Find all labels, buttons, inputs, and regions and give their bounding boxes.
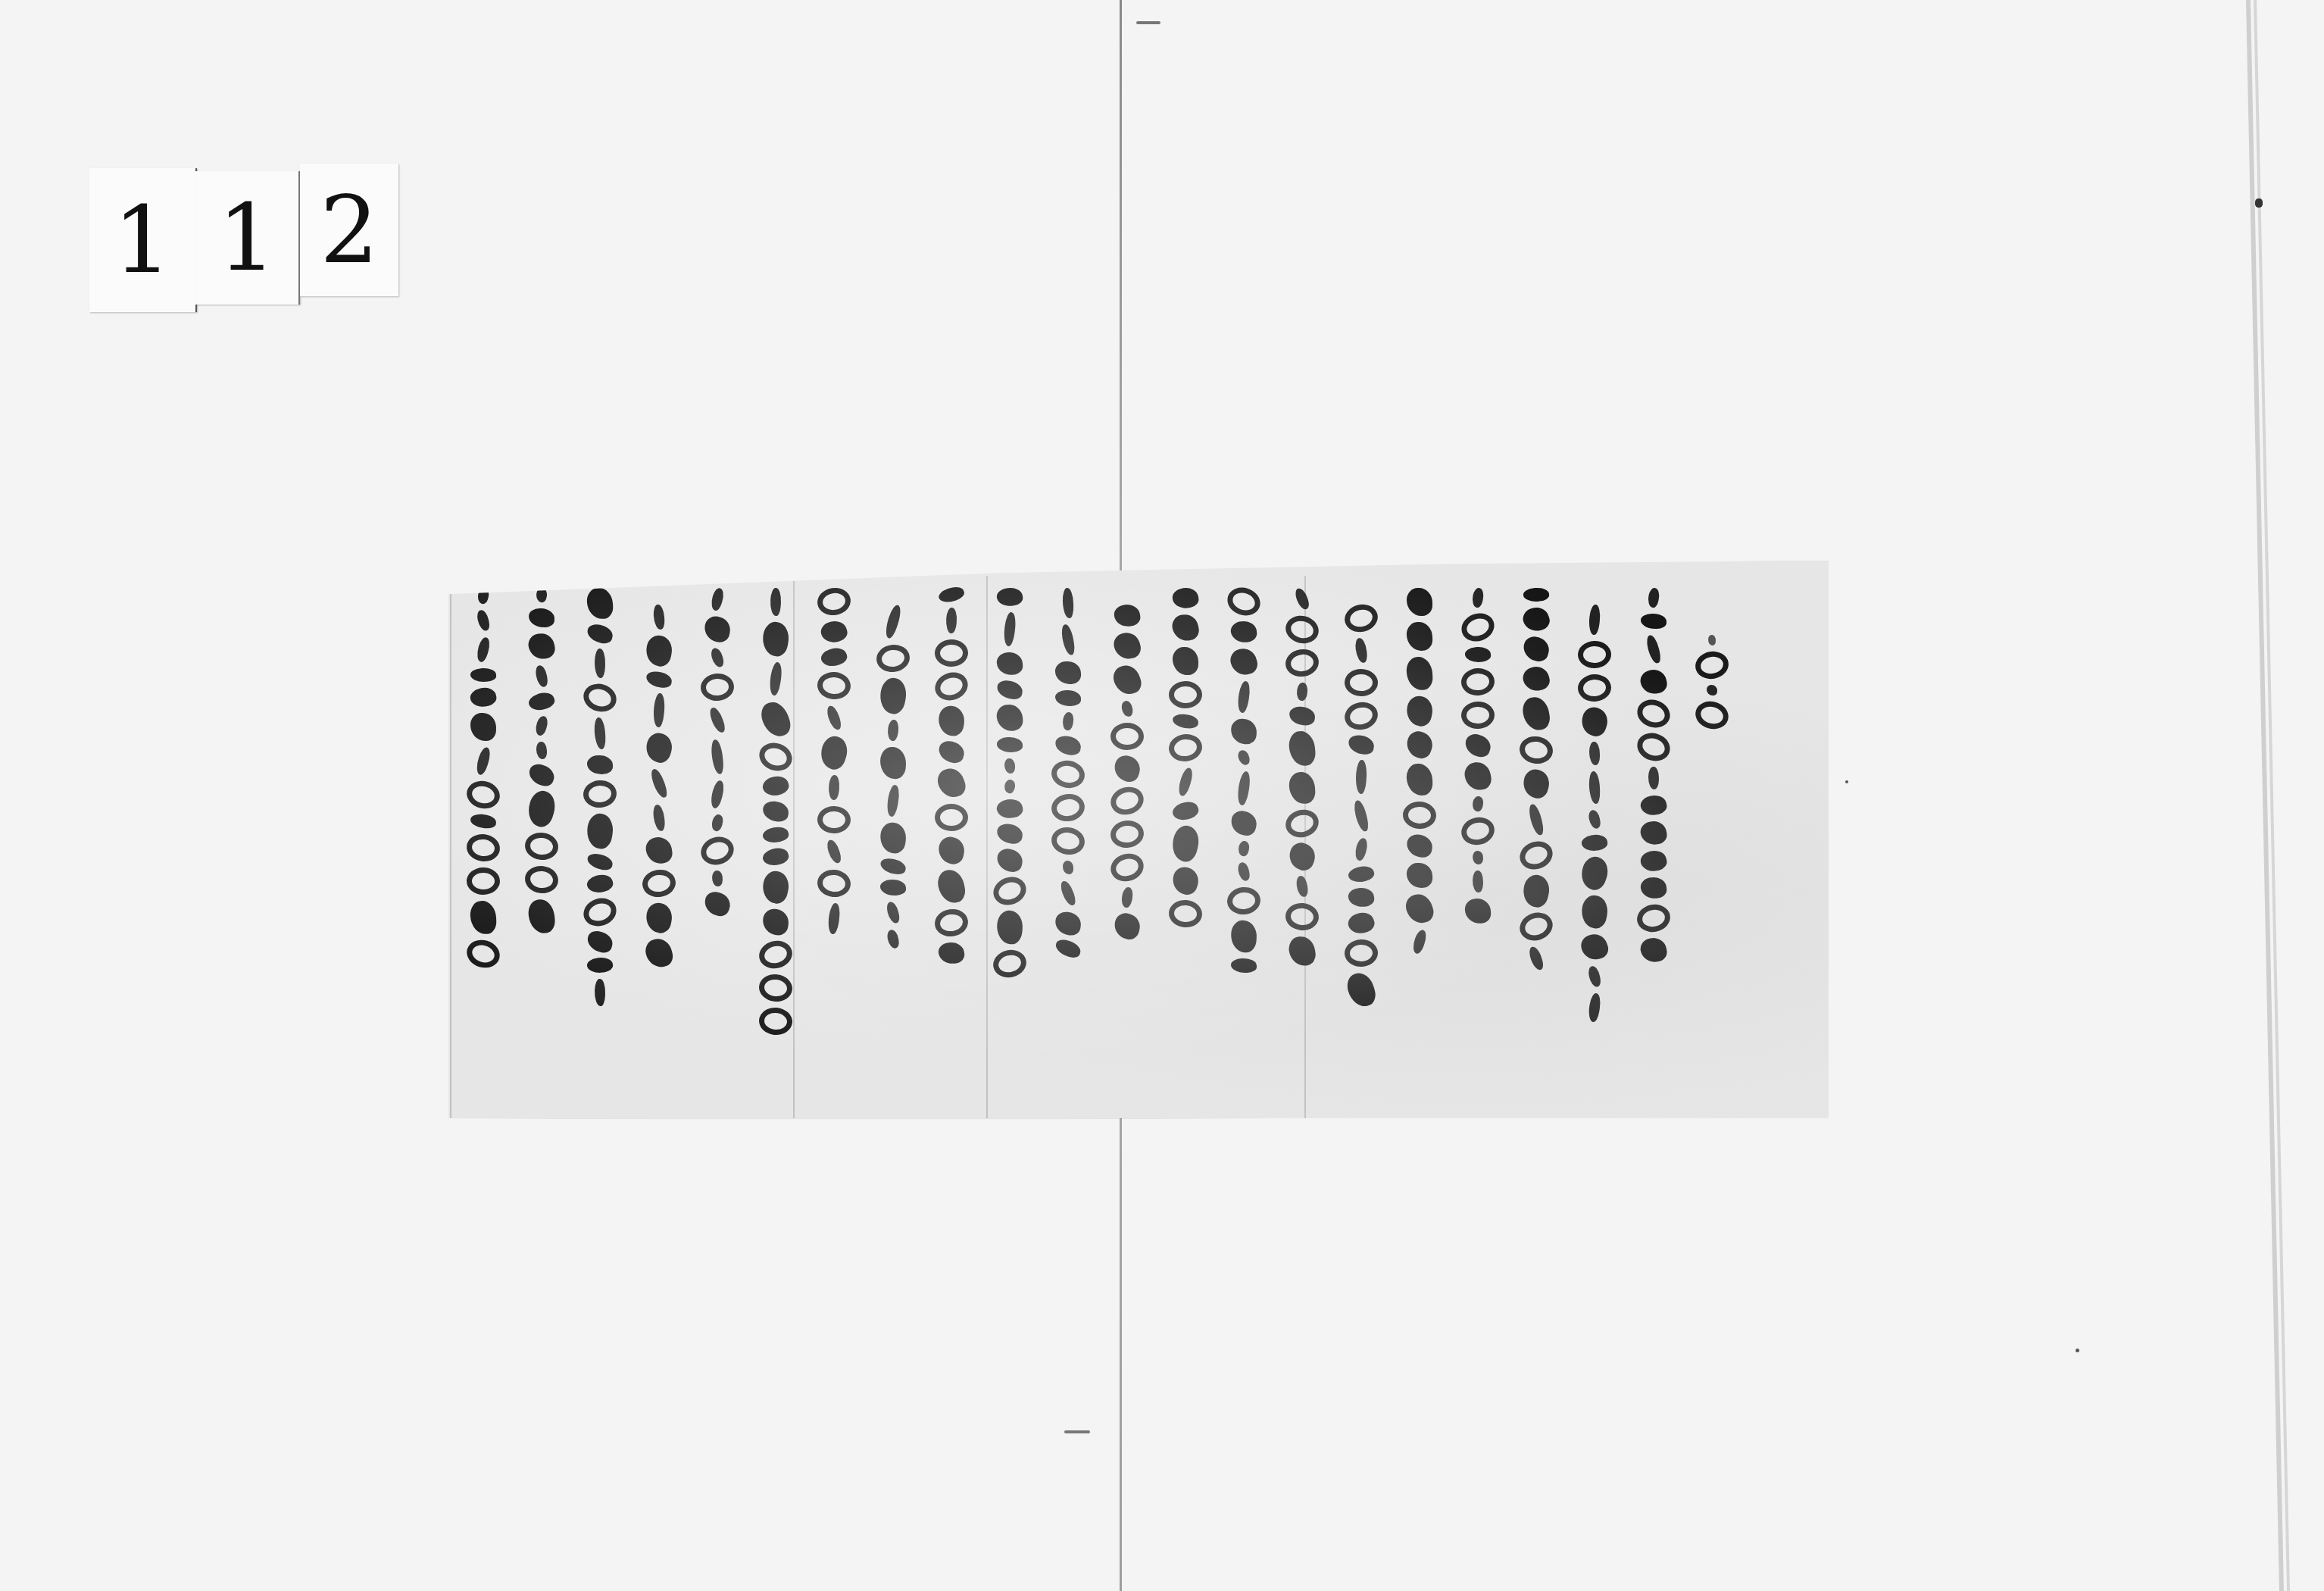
- ink-stroke: [996, 652, 1023, 677]
- ink-stroke: [1520, 767, 1552, 800]
- ink-stroke: [997, 736, 1023, 752]
- ink-stroke: [757, 699, 794, 741]
- ink-stroke: [1457, 609, 1498, 646]
- ink-stroke: [700, 672, 735, 702]
- ink-stroke: [1405, 656, 1433, 691]
- ink-stroke: [1528, 803, 1545, 836]
- ink-stroke: [1289, 771, 1317, 805]
- ink-stroke: [935, 639, 969, 667]
- ink-stroke: [1353, 837, 1370, 862]
- ink-stroke: [828, 774, 841, 800]
- ink-stroke: [826, 902, 842, 935]
- ink-stroke: [1344, 939, 1378, 967]
- ink-stroke: [1579, 893, 1610, 930]
- ink-stroke: [580, 894, 620, 930]
- ink-stroke: [476, 587, 491, 605]
- ink-stroke: [1638, 792, 1668, 817]
- edge-mark: [2255, 198, 2263, 208]
- ink-stroke: [595, 649, 606, 678]
- ink-stroke: [1230, 718, 1257, 745]
- ink-stroke: [762, 825, 790, 845]
- ink-stroke: [761, 908, 790, 936]
- ink-stroke: [996, 586, 1024, 608]
- ink-stroke: [583, 780, 617, 809]
- ink-stroke: [1588, 604, 1601, 635]
- ink-stroke: [936, 867, 967, 905]
- ink-stroke: [1283, 612, 1322, 647]
- ink-stroke: [652, 692, 666, 727]
- ink-stroke: [1641, 614, 1666, 629]
- ink-stroke: [1344, 970, 1378, 1010]
- ink-stroke: [1059, 880, 1077, 908]
- ink-stroke: [464, 936, 504, 971]
- ink-stroke: [536, 587, 548, 603]
- ink-stroke: [770, 588, 782, 617]
- ink-stroke: [1282, 806, 1322, 841]
- ink-stroke: [1286, 839, 1319, 873]
- ink-stroke: [642, 936, 675, 970]
- ink-stroke: [1404, 694, 1435, 728]
- ink-stroke: [1464, 646, 1491, 663]
- ink-stroke: [1402, 801, 1436, 830]
- ink-stroke: [470, 713, 496, 741]
- ink-stroke: [1354, 637, 1367, 664]
- ink-stroke: [760, 869, 792, 905]
- ink-stroke: [757, 937, 795, 971]
- ink-stroke: [1049, 758, 1087, 790]
- ink-stroke: [523, 830, 560, 861]
- ink-stroke: [817, 733, 852, 772]
- ink-stroke: [465, 832, 501, 864]
- ink-stroke: [1113, 603, 1142, 628]
- ink-stroke: [882, 604, 903, 639]
- ink-stroke: [468, 685, 498, 710]
- ink-stroke: [701, 889, 732, 919]
- ink-stroke: [710, 813, 725, 832]
- text-column: [816, 588, 852, 934]
- ink-stroke: [817, 671, 851, 701]
- ink-stroke: [467, 867, 500, 895]
- stray-mark: [1064, 1430, 1090, 1433]
- ink-stroke: [819, 618, 849, 645]
- speck: [2076, 1349, 2079, 1352]
- ink-stroke: [1110, 661, 1144, 698]
- ink-stroke: [535, 664, 549, 688]
- ink-stroke: [995, 703, 1024, 732]
- ink-stroke: [580, 680, 620, 715]
- ink-stroke: [1167, 899, 1203, 928]
- text-column: [757, 588, 794, 1035]
- ink-stroke: [702, 614, 732, 644]
- ink-stroke: [711, 739, 725, 774]
- ink-stroke: [1061, 711, 1075, 731]
- text-column: [1460, 588, 1496, 924]
- ink-stroke: [1226, 886, 1262, 916]
- ink-stroke: [1403, 891, 1436, 927]
- ink-stroke: [587, 755, 614, 774]
- ink-stroke: [1579, 930, 1611, 963]
- ink-stroke: [708, 706, 726, 735]
- ink-stroke: [1471, 795, 1485, 813]
- ink-stroke: [1646, 587, 1660, 608]
- text-column: [582, 588, 618, 1006]
- ink-stroke: [1342, 601, 1380, 635]
- ink-stroke: [653, 605, 665, 630]
- ink-stroke: [464, 777, 502, 811]
- ink-stroke: [711, 871, 723, 887]
- ink-stroke: [1463, 732, 1494, 760]
- ink-stroke: [1473, 871, 1484, 892]
- ink-stroke: [755, 739, 795, 775]
- ink-stroke: [1460, 701, 1495, 729]
- ink-stroke: [1588, 965, 1602, 988]
- ink-stroke: [1055, 690, 1081, 706]
- ink-stroke: [1342, 699, 1380, 733]
- ink-stroke: [710, 647, 725, 669]
- ink-stroke: [886, 929, 900, 949]
- ink-stroke: [1521, 634, 1552, 664]
- ink-stroke: [995, 909, 1025, 945]
- ink-stroke: [640, 867, 677, 899]
- ink-stroke: [1235, 770, 1252, 806]
- ink-stroke: [936, 739, 967, 765]
- ink-stroke: [1110, 753, 1142, 785]
- ink-stroke: [1459, 814, 1498, 849]
- ink-stroke: [1289, 706, 1316, 727]
- ink-stroke: [1055, 661, 1082, 685]
- ink-stroke: [1648, 767, 1659, 789]
- text-column: [465, 588, 501, 967]
- ink-stroke: [526, 631, 557, 661]
- ink-stroke: [933, 907, 970, 939]
- right-edge-line-inner: [2254, 0, 2290, 1591]
- ink-stroke: [586, 852, 614, 871]
- ink-stroke: [995, 846, 1025, 874]
- ink-stroke: [1517, 908, 1557, 945]
- ink-stroke: [470, 900, 497, 935]
- text-column: [1576, 605, 1613, 1022]
- ink-stroke: [937, 584, 966, 605]
- ink-stroke: [1693, 649, 1731, 681]
- ink-stroke: [586, 622, 614, 645]
- ink-stroke: [1520, 873, 1553, 910]
- ink-stroke: [1635, 902, 1673, 934]
- ink-stroke: [1003, 778, 1017, 795]
- ink-stroke: [698, 833, 738, 868]
- ink-stroke: [989, 873, 1029, 910]
- text-column: [523, 588, 560, 933]
- scanned-page: 1 1 2: [0, 0, 2324, 1591]
- ink-stroke: [708, 780, 726, 809]
- ink-stroke: [595, 979, 606, 1006]
- paper-seam: [450, 576, 451, 1118]
- ink-stroke: [826, 705, 843, 732]
- ink-stroke: [1237, 839, 1251, 857]
- label-digit-2: 1: [195, 171, 300, 305]
- ink-stroke: [1107, 783, 1147, 818]
- ink-stroke: [1111, 911, 1143, 942]
- ink-stroke: [761, 846, 791, 868]
- ink-stroke: [1229, 920, 1257, 954]
- ink-stroke: [1521, 605, 1552, 634]
- ink-stroke: [527, 898, 557, 934]
- ink-stroke: [526, 761, 558, 789]
- ink-stroke: [1167, 732, 1204, 764]
- ink-stroke: [1237, 861, 1251, 882]
- ink-stroke: [1347, 733, 1376, 755]
- ink-stroke: [524, 788, 559, 830]
- ink-stroke: [1295, 682, 1309, 702]
- ink-stroke: [1296, 875, 1309, 898]
- ink-stroke: [586, 587, 614, 620]
- ink-stroke: [1054, 937, 1083, 960]
- ink-stroke: [934, 764, 968, 801]
- ink-stroke: [1521, 695, 1552, 733]
- ink-stroke: [1285, 902, 1320, 932]
- ink-stroke: [1528, 946, 1545, 972]
- ink-stroke: [817, 868, 853, 899]
- text-column: [1343, 605, 1379, 1007]
- ink-stroke: [1577, 674, 1612, 703]
- ink-stroke: [1229, 808, 1260, 838]
- ink-stroke: [1472, 851, 1483, 865]
- manuscript-paper: [448, 561, 1829, 1118]
- text-column: [1167, 588, 1204, 927]
- ink-stroke: [1708, 635, 1716, 645]
- ink-stroke: [816, 586, 853, 617]
- ink-stroke: [1638, 848, 1668, 874]
- ink-stroke: [879, 746, 907, 779]
- ink-stroke: [1231, 958, 1257, 974]
- ink-stroke: [1294, 587, 1311, 611]
- ink-stroke: [1344, 669, 1377, 696]
- ink-stroke: [1228, 645, 1260, 678]
- ink-stroke: [1060, 624, 1076, 656]
- ink-stroke: [885, 901, 901, 925]
- text-column: [933, 588, 970, 964]
- ink-stroke: [936, 705, 966, 737]
- ink-stroke: [1352, 799, 1370, 833]
- ink-stroke: [1518, 734, 1555, 766]
- text-column: [992, 588, 1028, 977]
- ink-stroke: [1471, 587, 1485, 608]
- ink-stroke: [1054, 911, 1082, 936]
- ink-stroke: [1063, 861, 1073, 874]
- ink-stroke: [1407, 588, 1432, 616]
- ink-stroke: [1002, 611, 1017, 646]
- ink-stroke: [1707, 685, 1717, 695]
- ink-stroke: [1237, 749, 1251, 767]
- ink-stroke: [768, 661, 784, 696]
- ink-stroke: [1284, 647, 1321, 679]
- ink-stroke: [1403, 728, 1435, 761]
- ink-stroke: [585, 928, 615, 955]
- ink-stroke: [1588, 809, 1601, 830]
- ink-stroke: [474, 746, 493, 776]
- ink-stroke: [643, 901, 674, 935]
- ink-stroke: [642, 730, 676, 765]
- ink-stroke: [817, 806, 851, 834]
- text-column: [1401, 588, 1438, 954]
- ink-stroke: [1170, 612, 1201, 643]
- ink-stroke: [1578, 640, 1612, 669]
- ink-stroke: [1120, 700, 1132, 717]
- ink-stroke: [1464, 898, 1492, 924]
- ink-stroke: [1287, 935, 1317, 968]
- ink-stroke: [1406, 622, 1432, 652]
- ink-stroke: [709, 587, 726, 612]
- label-digit-1: 1: [89, 168, 197, 312]
- text-column: [1518, 588, 1554, 971]
- ink-stroke: [877, 676, 909, 715]
- ink-stroke: [1581, 833, 1609, 852]
- ink-stroke: [649, 767, 669, 799]
- ink-stroke: [991, 947, 1029, 981]
- ink-stroke: [1587, 992, 1602, 1023]
- ink-stroke: [1345, 909, 1376, 937]
- ink-stroke: [1171, 586, 1200, 611]
- right-edge-line: [2246, 0, 2284, 1591]
- ink-stroke: [1111, 630, 1143, 661]
- ink-stroke: [758, 1006, 794, 1036]
- ink-stroke: [1050, 825, 1087, 857]
- ink-stroke: [1523, 586, 1550, 602]
- ink-stroke: [586, 872, 615, 896]
- ink-stroke: [1460, 667, 1495, 697]
- ink-stroke: [536, 742, 547, 759]
- ink-stroke: [761, 620, 792, 658]
- text-columns: [465, 582, 1730, 1103]
- speck: [1845, 780, 1848, 783]
- ink-stroke: [1288, 730, 1317, 767]
- ink-stroke: [470, 667, 497, 683]
- ink-stroke: [1169, 681, 1202, 708]
- ink-stroke: [1109, 819, 1145, 850]
- ink-stroke: [586, 956, 614, 974]
- ink-stroke: [1107, 850, 1146, 886]
- heading-column: [1694, 635, 1730, 729]
- label-digit-3: 2: [300, 164, 398, 296]
- ink-stroke: [529, 608, 555, 627]
- ink-stroke: [1354, 760, 1367, 795]
- ink-stroke: [1348, 887, 1375, 908]
- ink-stroke: [879, 857, 907, 876]
- ink-stroke: [1633, 729, 1673, 765]
- ink-stroke: [995, 797, 1024, 821]
- text-column: [1284, 588, 1320, 966]
- ink-stroke: [1517, 837, 1557, 874]
- ink-stroke: [885, 784, 901, 817]
- text-column: [641, 605, 677, 967]
- ink-stroke: [1110, 723, 1144, 750]
- ink-stroke: [594, 717, 606, 750]
- ink-stroke: [1347, 864, 1376, 884]
- ink-stroke: [1050, 792, 1087, 824]
- ink-stroke: [1638, 936, 1668, 964]
- ink-stroke: [1577, 854, 1612, 893]
- ink-stroke: [1406, 862, 1432, 888]
- ink-stroke: [1170, 799, 1201, 824]
- ink-stroke: [1521, 664, 1552, 694]
- ink-stroke: [1230, 620, 1258, 644]
- text-column: [875, 605, 911, 949]
- ink-stroke: [476, 609, 491, 632]
- ink-stroke: [1054, 734, 1082, 756]
- ink-stroke: [757, 973, 794, 1004]
- ink-stroke: [1176, 767, 1195, 797]
- ink-stroke: [644, 836, 673, 866]
- ink-stroke: [878, 821, 907, 855]
- ink-stroke: [1236, 680, 1252, 714]
- ink-stroke: [470, 814, 496, 830]
- ink-stroke: [1173, 647, 1198, 675]
- ink-stroke: [1120, 886, 1135, 908]
- ink-stroke: [1170, 864, 1202, 897]
- ink-stroke: [1638, 819, 1668, 847]
- ink-stroke: [1638, 667, 1669, 697]
- ink-stroke: [1579, 705, 1612, 739]
- ink-stroke: [533, 714, 549, 736]
- ink-stroke: [1169, 824, 1202, 864]
- ink-stroke: [645, 670, 673, 689]
- ink-stroke: [1463, 761, 1493, 792]
- ink-stroke: [527, 689, 557, 714]
- ink-stroke: [1406, 763, 1433, 795]
- ink-stroke: [585, 812, 616, 851]
- ink-stroke: [761, 773, 791, 799]
- ink-stroke: [1004, 758, 1015, 774]
- ink-stroke: [1633, 695, 1673, 732]
- text-column: [1109, 605, 1145, 939]
- ink-stroke: [931, 668, 971, 705]
- stray-mark: [1136, 21, 1160, 24]
- ink-stroke: [762, 800, 790, 823]
- ink-stroke: [1589, 771, 1601, 804]
- text-column: [1635, 588, 1672, 962]
- ink-stroke: [1223, 583, 1264, 620]
- ink-stroke: [945, 608, 958, 634]
- ink-stroke: [1589, 742, 1600, 765]
- ink-stroke: [1172, 714, 1198, 730]
- ink-stroke: [886, 719, 900, 742]
- text-column: [1050, 588, 1086, 956]
- ink-stroke: [1645, 634, 1662, 664]
- ink-stroke: [1639, 876, 1667, 899]
- ink-stroke: [1410, 929, 1429, 955]
- ink-stroke: [820, 645, 849, 669]
- ink-stroke: [875, 642, 911, 674]
- ink-stroke: [938, 942, 965, 965]
- ink-stroke: [995, 679, 1024, 701]
- ink-stroke: [879, 880, 905, 896]
- ink-stroke: [1063, 588, 1074, 618]
- text-column: [1226, 588, 1262, 973]
- ink-stroke: [936, 835, 967, 866]
- text-column: [699, 588, 736, 915]
- ink-stroke: [935, 804, 968, 831]
- ink-stroke: [643, 633, 674, 668]
- ink-stroke: [523, 864, 560, 895]
- ink-stroke: [826, 839, 843, 865]
- ink-stroke: [1404, 833, 1434, 858]
- ink-stroke: [995, 823, 1023, 846]
- ink-stroke: [475, 636, 492, 664]
- ink-stroke: [652, 804, 666, 831]
- ink-stroke: [1692, 698, 1732, 733]
